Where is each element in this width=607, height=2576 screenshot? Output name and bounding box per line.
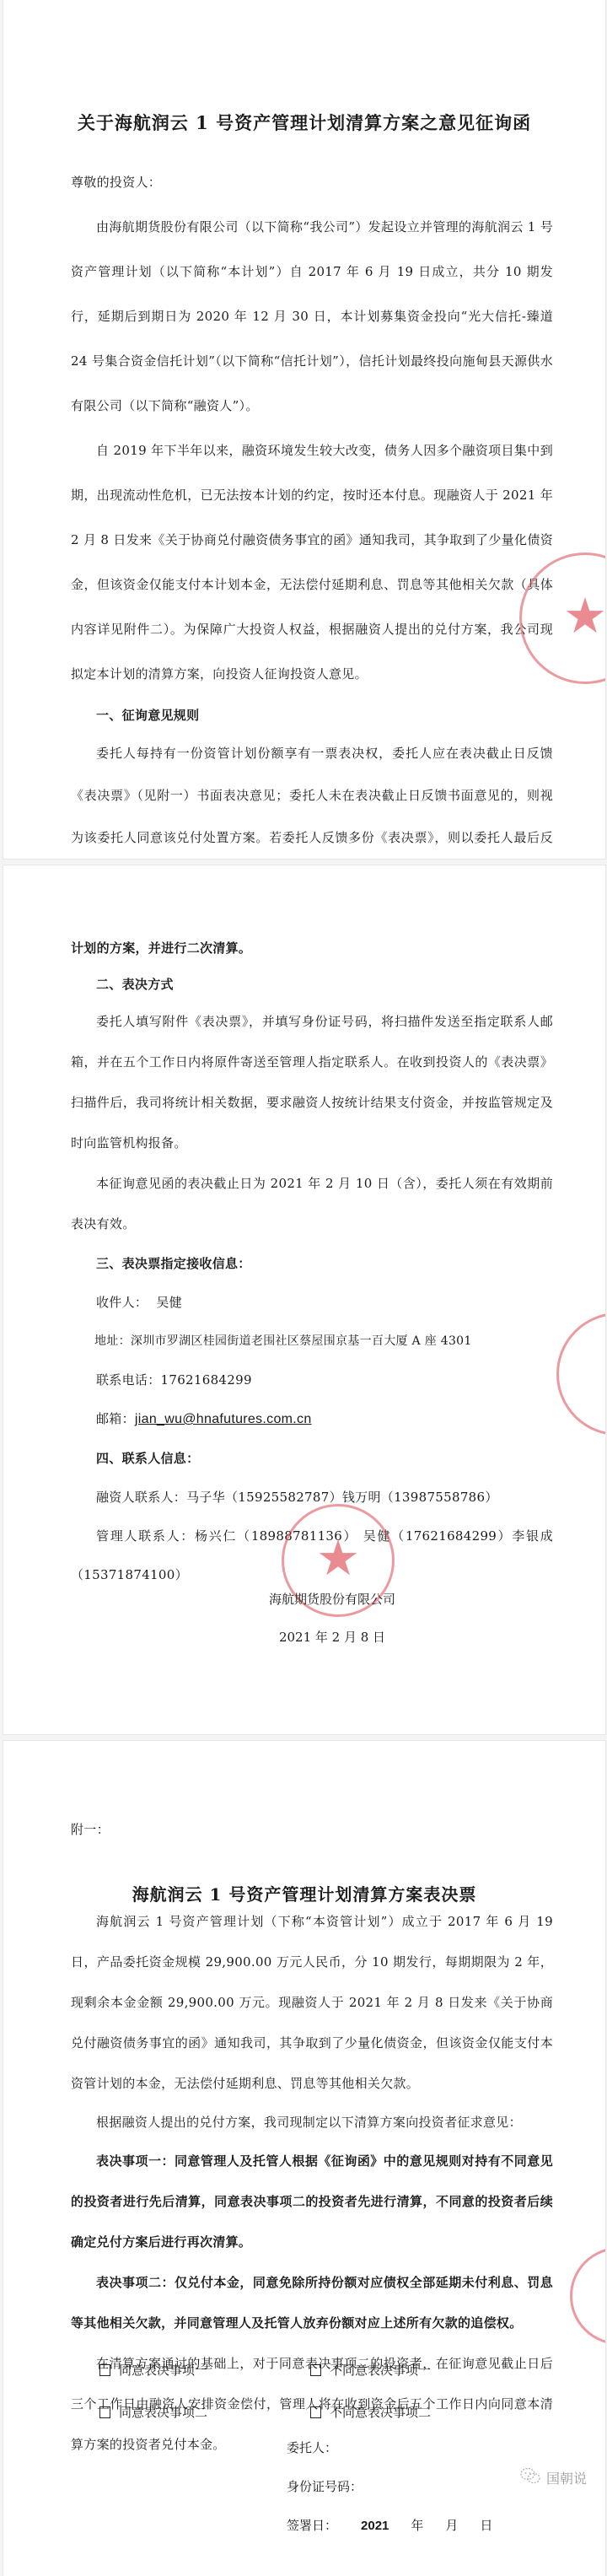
letter-title: 关于海航润云 1 号资产管理计划清算方案之意见征询函 xyxy=(3,110,605,135)
ballot-item-1: 表决事项一：同意管理人及托管人根据《征询函》中的意见规则对持有不同意见的投资者进… xyxy=(71,2141,553,2262)
ballot-options-row-1: 同意表决事项一 不同意表决事项一 xyxy=(99,2361,521,2379)
watermark-text: 国朝说 xyxy=(546,2468,587,2487)
email-label: 邮箱： xyxy=(96,1411,135,1426)
recipient-name: 吴健 xyxy=(156,1295,182,1310)
signing-company: 海航期货股份有限公司 xyxy=(231,1581,433,1619)
checkbox[interactable] xyxy=(310,2364,321,2376)
ballot-sign-fields: 委托人： 身份证号码： 签署日：2021年月日 xyxy=(287,2428,492,2546)
sign-date-field[interactable]: 签署日：2021年月日 xyxy=(287,2506,492,2546)
paragraph-situation: 自 2019 年下半年以来，融资环境发生较大改变，债务人因多个融资项目集中到期，… xyxy=(71,428,553,697)
ballot-options-row-2: 同意表决事项二 不同意表决事项二 xyxy=(99,2403,521,2421)
id-number-label: 身份证号码： xyxy=(287,2479,363,2494)
company-seal-partial-edge xyxy=(556,1312,605,1436)
paragraph-background: 由海航期货股份有限公司（以下简称“我公司”）发起设立并管理的海航润云 1 号资产… xyxy=(71,205,553,428)
principal-label: 委托人： xyxy=(287,2440,337,2455)
option-agree-item-1[interactable]: 同意表决事项一 xyxy=(99,2361,310,2379)
ballot-intro: 海航润云 1 号资产管理计划（下称“本资管计划”）成立于 2017 年 6 月 … xyxy=(71,1901,553,2104)
day-unit: 日 xyxy=(480,2518,492,2533)
wechat-icon xyxy=(519,2466,546,2488)
section-4-heading: 四、联系人信息： xyxy=(71,1439,553,1478)
document-page-1: 关于海航润云 1 号资产管理计划清算方案之意见征询函 尊敬的投资人： 由海航期货… xyxy=(3,0,605,859)
year-unit: 年 xyxy=(411,2518,423,2533)
phone-label: 联系电话： xyxy=(96,1372,161,1388)
id-number-field[interactable]: 身份证号码： xyxy=(287,2467,492,2506)
checkbox[interactable] xyxy=(99,2406,110,2418)
option-label: 同意表决事项二 xyxy=(119,2403,207,2421)
section-2-paragraph: 委托人填写附件《表决票》，并填写身份证号码，将扫描件发送至指定联系人邮箱，并在五… xyxy=(71,1001,553,1163)
ballot-item-2: 表决事项二：仅兑付本金，同意免除所持份额对应债权全部延期未付利息、罚息等其他相关… xyxy=(71,2262,553,2343)
company-seal-partial-edge xyxy=(570,2247,605,2345)
section-1-paragraph: 委托人每持有一份资管计划份额享有一票表决权，委托人应在表决截止日反馈《表决票》（… xyxy=(71,732,553,859)
section-2-heading: 二、表决方式 xyxy=(71,967,553,1001)
phone-line: 联系电话：17621684299 xyxy=(71,1361,553,1399)
option-disagree-item-1[interactable]: 不同意表决事项一 xyxy=(310,2361,521,2379)
email-line: 邮箱：jian_wu@hnafutures.com.cn xyxy=(71,1399,553,1439)
option-disagree-item-2[interactable]: 不同意表决事项二 xyxy=(310,2403,521,2421)
option-agree-item-2[interactable]: 同意表决事项二 xyxy=(99,2403,310,2421)
email-link[interactable]: jian_wu@hnafutures.com.cn xyxy=(135,1412,312,1426)
phone-value: 17621684299 xyxy=(161,1372,252,1388)
attachment-label: 附一： xyxy=(71,1817,553,1842)
signing-date: 2021 年 2 月 8 日 xyxy=(231,1619,433,1657)
month-unit: 月 xyxy=(445,2518,458,2533)
recipient-label: 收件人： xyxy=(96,1295,148,1310)
seal-star-icon: ★ xyxy=(563,591,605,640)
section-1-heading: 一、征询意见规则 xyxy=(71,698,553,732)
signature-block: 海航期货股份有限公司 2021 年 2 月 8 日 xyxy=(231,1581,433,1657)
deadline-paragraph: 本征询意见函的表决截止日为 2021 年 2 月 10 日（含），委托人须在有效… xyxy=(71,1163,553,1244)
ballot-lead: 根据融资人提出的兑付方案，我司现制定以下清算方案向投资者征求意见： xyxy=(71,2104,553,2141)
address-value: 深圳市罗湖区桂园街道老围社区蔡屋围京基一百大厦 A 座 4301 xyxy=(131,1334,472,1348)
salutation: 尊敬的投资人： xyxy=(71,160,553,205)
document-page-2: 计划的方案，并进行二次清算。 二、表决方式 委托人填写附件《表决票》，并填写身份… xyxy=(3,865,605,1734)
option-label: 不同意表决事项二 xyxy=(330,2403,431,2421)
recipient-line: 收件人： 吴健 xyxy=(71,1283,553,1322)
option-label: 不同意表决事项一 xyxy=(330,2361,431,2379)
sign-date-label: 签署日： xyxy=(287,2518,337,2533)
financier-contacts: 融资人联系人：马子华（15925582787）钱万明（13987558786） xyxy=(71,1478,553,1517)
checkbox[interactable] xyxy=(310,2406,321,2418)
checkbox[interactable] xyxy=(99,2364,110,2376)
sign-year: 2021 xyxy=(361,2519,389,2533)
section-3-heading: 三、表决票指定接收信息： xyxy=(71,1244,553,1283)
ballot-body: 海航润云 1 号资产管理计划（下称“本资管计划”）成立于 2017 年 6 月 … xyxy=(71,1901,553,2465)
address-line: 地址：深圳市罗湖区桂园街道老围社区蔡屋围京基一百大厦 A 座 4301 xyxy=(71,1322,553,1361)
section-1-bold-continued: 计划的方案，并进行二次清算。 xyxy=(71,929,553,967)
option-label: 同意表决事项一 xyxy=(119,2361,207,2379)
watermark: 国朝说 xyxy=(519,2466,587,2488)
letter-body-page1: 尊敬的投资人： 由海航期货股份有限公司（以下简称“我公司”）发起设立并管理的海航… xyxy=(71,160,553,859)
document-page-3-ballot: 附一： 海航润云 1 号资产管理计划清算方案表决票 海航润云 1 号资产管理计划… xyxy=(3,1741,605,2576)
principal-field[interactable]: 委托人： xyxy=(287,2428,492,2467)
address-label: 地址： xyxy=(94,1334,131,1348)
letter-body-page2: 计划的方案，并进行二次清算。 二、表决方式 委托人填写附件《表决票》，并填写身份… xyxy=(71,929,553,1594)
